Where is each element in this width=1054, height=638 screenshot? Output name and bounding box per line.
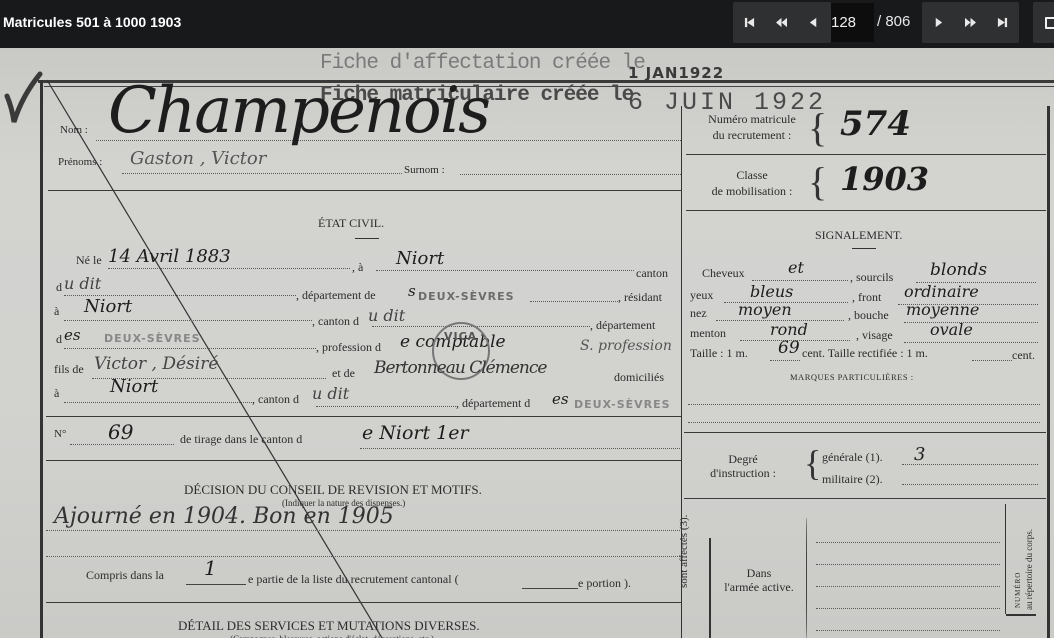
a-label: à: [54, 386, 59, 401]
d-label: d: [56, 332, 62, 347]
line: [64, 348, 316, 349]
line: [816, 608, 1000, 609]
etat-civil-heading: ÉTAT CIVIL.: [318, 216, 384, 231]
affectation-bar: [709, 538, 711, 638]
portion-blank: [522, 588, 578, 589]
canton-value: u dit: [64, 274, 101, 293]
canton-d-label: , canton d: [252, 392, 299, 407]
document-title: Matricules 501 à 1000 1903: [3, 14, 181, 30]
menton-label: menton: [690, 326, 726, 341]
visage-value: ovale: [930, 320, 973, 339]
cheveux-label: Cheveux: [702, 266, 745, 281]
line: [46, 530, 680, 531]
canton-value-3: u dit: [312, 384, 349, 403]
numero-column-base: [1006, 614, 1036, 616]
scanned-register-page: Fiche d'affectation créée le 1 JAN1922 F…: [0, 48, 1054, 638]
fils-de-label: fils de: [54, 362, 84, 377]
mother-value: Bertonneau Clémence: [374, 358, 546, 378]
matricule-divider: [686, 154, 1046, 155]
line: [360, 448, 680, 449]
classe-divider: [686, 210, 1046, 211]
classe-label-1: Classe: [697, 168, 807, 183]
line: [108, 268, 350, 269]
yeux-label: yeux: [690, 288, 713, 303]
front-value: ordinaire: [904, 282, 979, 301]
fast-forward-icon: [965, 17, 976, 28]
line: [64, 402, 254, 403]
line: [46, 556, 680, 557]
menton-value: rond: [770, 320, 808, 339]
line: [530, 301, 618, 302]
affectes-vertical-label: sont affectés (3).: [678, 515, 690, 588]
rewind-icon: [776, 17, 787, 28]
des-value: es: [64, 326, 81, 344]
marques-heading: MARQUES PARTICULIÈRES :: [790, 372, 914, 382]
dans-label-1: Dans: [716, 566, 802, 581]
a-label: , à: [352, 260, 363, 275]
line: [64, 320, 312, 321]
tirage-label: de tirage dans le canton d: [180, 432, 302, 447]
compris-label: Compris dans la: [86, 568, 164, 583]
dans-label-2: l'armée active.: [716, 580, 802, 595]
line: [770, 360, 800, 361]
numero-matricule-value: 574: [840, 104, 911, 144]
profession-extra: S. profession: [580, 338, 672, 354]
line: [816, 564, 1000, 565]
next-page-button[interactable]: [922, 2, 954, 43]
taille-value: 69: [778, 338, 800, 358]
brace: {: [808, 104, 827, 151]
father-value: Victor , Désiré: [94, 354, 218, 374]
skip-first-icon: [744, 17, 755, 28]
marques-divider: [684, 432, 1046, 433]
portion-suffix: e portion ).: [578, 576, 631, 591]
ne-le-label: Né le: [76, 253, 102, 268]
numero-tirage-value: 69: [108, 420, 133, 444]
departement-label: , département de: [296, 288, 376, 303]
fiche-affectation-label: Fiche d'affectation créée le: [320, 52, 645, 75]
sourcils-value: blonds: [930, 260, 987, 280]
generale-value: 3: [914, 444, 925, 465]
nom-label: Nom :: [60, 124, 88, 136]
line: [688, 422, 1040, 423]
nez-value: moyen: [738, 300, 792, 319]
profession-label: , profession d: [316, 340, 381, 355]
document-viewer[interactable]: Fiche d'affectation créée le 1 JAN1922 F…: [0, 48, 1054, 638]
fast-forward-button[interactable]: [954, 2, 986, 43]
nez-label: nez: [690, 306, 707, 321]
decision-value: Ajourné en 1904. Bon en 1905: [54, 504, 394, 529]
line: [902, 464, 1038, 465]
numero-matricule-label-1: Numéro matricule: [697, 112, 807, 127]
sourcils-label: , sourcils: [850, 270, 893, 285]
residant-label: , résidant: [618, 290, 662, 305]
degre-label-2: d'instruction :: [703, 466, 783, 481]
line: [972, 360, 1012, 361]
line: [902, 484, 1038, 485]
front-label: , front: [852, 290, 881, 305]
detail-subheading: (Campagnes, blessures, actions d'éclat, …: [230, 634, 434, 638]
line: [688, 404, 1040, 405]
instruction-divider: [684, 498, 1046, 499]
line: [816, 630, 1000, 631]
line: [752, 280, 848, 281]
brace: {: [804, 442, 821, 484]
fullscreen-icon: [1045, 17, 1054, 29]
viewer-toolbar: Matricules 501 à 1000 1903 / 806: [0, 0, 1054, 48]
canton-label: canton: [636, 266, 668, 281]
line: [816, 542, 1000, 543]
prenoms-line: [122, 173, 402, 174]
tirage-value: e Niort 1er: [362, 422, 469, 444]
d-label: d: [56, 280, 62, 295]
dept-suffix: es: [552, 390, 569, 408]
dept-stamp: DEUX-SÈVRES: [418, 290, 515, 303]
line: [372, 326, 590, 327]
numero-tirage-label: N°: [54, 428, 66, 440]
militaire-label: militaire (2).: [822, 472, 883, 487]
line: [186, 584, 246, 585]
heading-rule: [355, 238, 379, 239]
bouche-value: moyenne: [906, 300, 979, 319]
previous-page-button[interactable]: [797, 2, 829, 43]
numero-matricule-label-2: du recrutement :: [697, 128, 807, 143]
check-mark-icon: [4, 68, 44, 128]
compris-divider: [46, 602, 681, 603]
degre-label-1: Degré: [703, 452, 783, 467]
bouche-label: , bouche: [848, 308, 889, 323]
page-number-input[interactable]: [831, 3, 874, 42]
brace: [806, 518, 807, 638]
skip-last-icon: [997, 17, 1008, 28]
compris-value: 1: [204, 556, 217, 580]
dept-suffix: s: [408, 282, 416, 300]
residence-value: Niort: [84, 296, 132, 317]
birth-date-value: 14 Avril 1883: [108, 246, 231, 267]
a-label: à: [54, 304, 59, 319]
departement-label: , département: [590, 318, 655, 333]
classe-label-2: de mobilisation :: [697, 184, 807, 199]
tirage-divider: [46, 460, 681, 461]
numero-column-divider: [1005, 504, 1006, 614]
rewind-button[interactable]: [765, 2, 797, 43]
heading-rule: [852, 248, 876, 249]
surnom-line: [460, 174, 681, 175]
canton-value-2: u dit: [368, 306, 405, 325]
prenoms-value: Gaston , Victor: [130, 148, 266, 169]
cheveux-value: et: [788, 258, 804, 277]
triangle-right-icon: [933, 17, 944, 28]
classe-value: 1903: [840, 160, 929, 198]
line: [816, 586, 1000, 587]
departement-label: , département d: [456, 396, 530, 411]
detail-heading: DÉTAIL DES SERVICES ET MUTATIONS DIVERSE…: [178, 618, 480, 634]
visage-label: , visage: [856, 328, 893, 343]
compris-suffix: e partie de la liste du recrutement cant…: [248, 572, 459, 587]
birth-place-value: Niort: [396, 248, 444, 269]
taille-rect-suffix: cent.: [1012, 348, 1035, 363]
et-de-label: et de: [332, 366, 355, 381]
nom-value: Champenois: [108, 74, 489, 148]
fullscreen-button[interactable]: [1033, 2, 1054, 43]
line: [316, 406, 456, 407]
fiche-affectation-date: 1 JAN1922: [628, 64, 724, 82]
brace: {: [808, 158, 827, 205]
taille-suffix: cent. Taille rectifiée : 1 m.: [802, 346, 928, 361]
frame-left: [40, 80, 43, 638]
surnom-label: Surnom :: [404, 164, 445, 176]
frame-right: [1047, 106, 1050, 638]
canton-d-label: , canton d: [312, 314, 359, 329]
page-total: / 806: [877, 13, 910, 30]
prenoms-label: Prénoms :: [58, 156, 102, 168]
generale-label: générale (1).: [822, 450, 883, 465]
dept-stamp: DEUX-SÈVRES: [574, 398, 671, 411]
identity-divider: [48, 190, 681, 191]
etat-civil-divider: [46, 416, 681, 417]
triangle-left-icon: [808, 17, 819, 28]
decision-heading: DÉCISION DU CONSEIL DE REVISION ET MOTIF…: [184, 482, 482, 498]
yeux-value: bleus: [750, 282, 793, 301]
line: [70, 444, 174, 445]
numero-vertical-2: au répertoire du corps.: [1024, 529, 1034, 610]
stamp-text: VICA: [444, 330, 477, 343]
taille-label: Taille : 1 m.: [690, 346, 748, 361]
signalement-heading: SIGNALEMENT.: [815, 228, 902, 243]
dept-stamp: DEUX-SÈVRES: [104, 332, 201, 345]
line: [904, 342, 1038, 343]
domicilies-label: domiciliés: [614, 370, 664, 385]
numero-vertical-1: NUMÉRO: [1014, 572, 1022, 608]
nav-group-forward: [922, 2, 1019, 43]
parents-place-value: Niort: [110, 376, 158, 397]
last-page-button[interactable]: [986, 2, 1018, 43]
first-page-button[interactable]: [733, 2, 765, 43]
line: [376, 270, 634, 271]
nav-group-back: [733, 2, 831, 43]
